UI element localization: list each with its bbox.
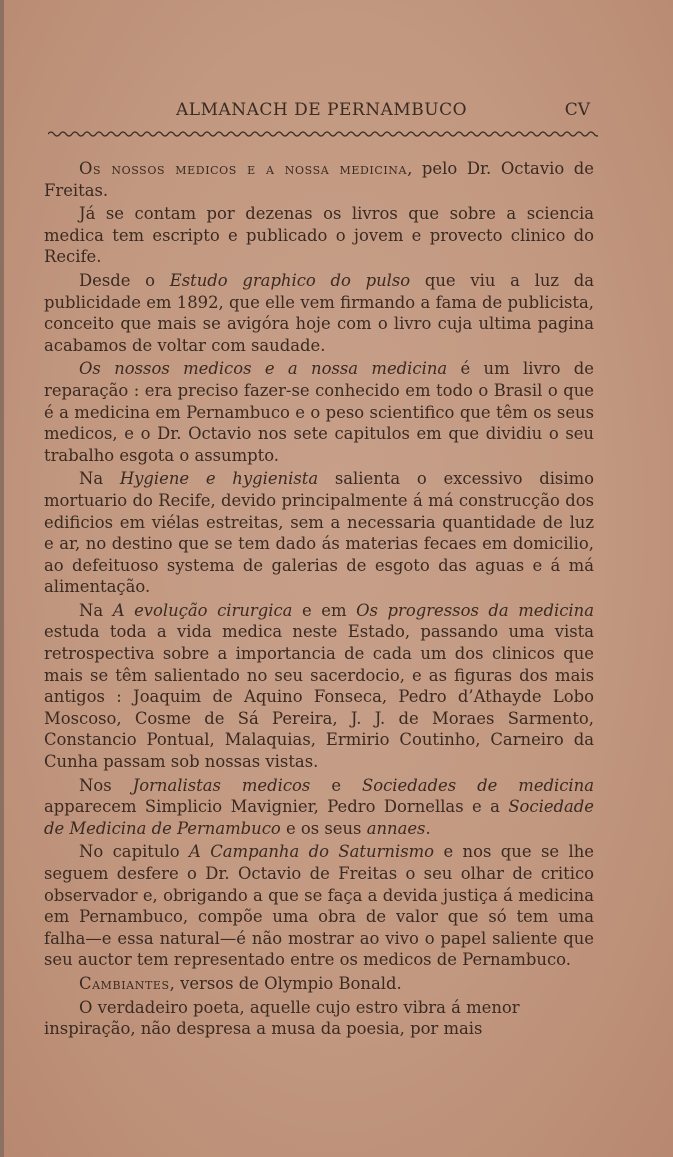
italic-title: Sociedades de medicina bbox=[362, 776, 594, 795]
page-number: CV bbox=[565, 100, 590, 120]
page-binding-edge bbox=[0, 0, 4, 1157]
book-title: Cambiantes bbox=[79, 974, 170, 993]
paragraph: Os nossos medicos e a nossa medicina é u… bbox=[44, 358, 594, 466]
book-title: Os nossos medicos e a nossa medicina bbox=[79, 159, 407, 178]
italic-title: A evolução cirurgica bbox=[113, 601, 293, 620]
page-header: ALMANACH DE PERNAMBUCO CV bbox=[48, 100, 598, 138]
wavy-rule-divider bbox=[48, 130, 598, 138]
italic-title: Estudo graphico do pulso bbox=[170, 271, 410, 290]
paragraph-book-title: Os nossos medicos e a nossa medicina, pe… bbox=[44, 158, 594, 201]
italic-title: Hygiene e hygienista bbox=[120, 469, 318, 488]
paragraph: Nos Jornalistas medicos e Sociedades de … bbox=[44, 775, 594, 840]
paragraph-book-title: Cambiantes, versos de Olympio Bonald. bbox=[44, 973, 594, 995]
paragraph: Na Hygiene e hygienista salienta o exces… bbox=[44, 468, 594, 598]
paragraph: No capitulo A Campanha do Saturnismo e n… bbox=[44, 841, 594, 971]
italic-title: annaes bbox=[367, 819, 426, 838]
paragraph: Na A evolução cirurgica e em Os progress… bbox=[44, 600, 594, 773]
italic-title: A Campanha do Saturnismo bbox=[189, 842, 434, 861]
running-title: ALMANACH DE PERNAMBUCO bbox=[176, 100, 467, 120]
paragraph: Já se contam por dezenas os livros que s… bbox=[44, 203, 594, 268]
italic-title: Os nossos medicos e a nossa medicina bbox=[79, 359, 447, 378]
paragraph: O verdadeiro poeta, aquelle cujo estro v… bbox=[44, 997, 594, 1040]
italic-title: Os progressos da medicina bbox=[356, 601, 594, 620]
paragraph: Desde o Estudo graphico do pulso que viu… bbox=[44, 270, 594, 356]
body-text: Os nossos medicos e a nossa medicina, pe… bbox=[44, 158, 594, 1040]
italic-title: Jornalistas medicos bbox=[133, 776, 311, 795]
